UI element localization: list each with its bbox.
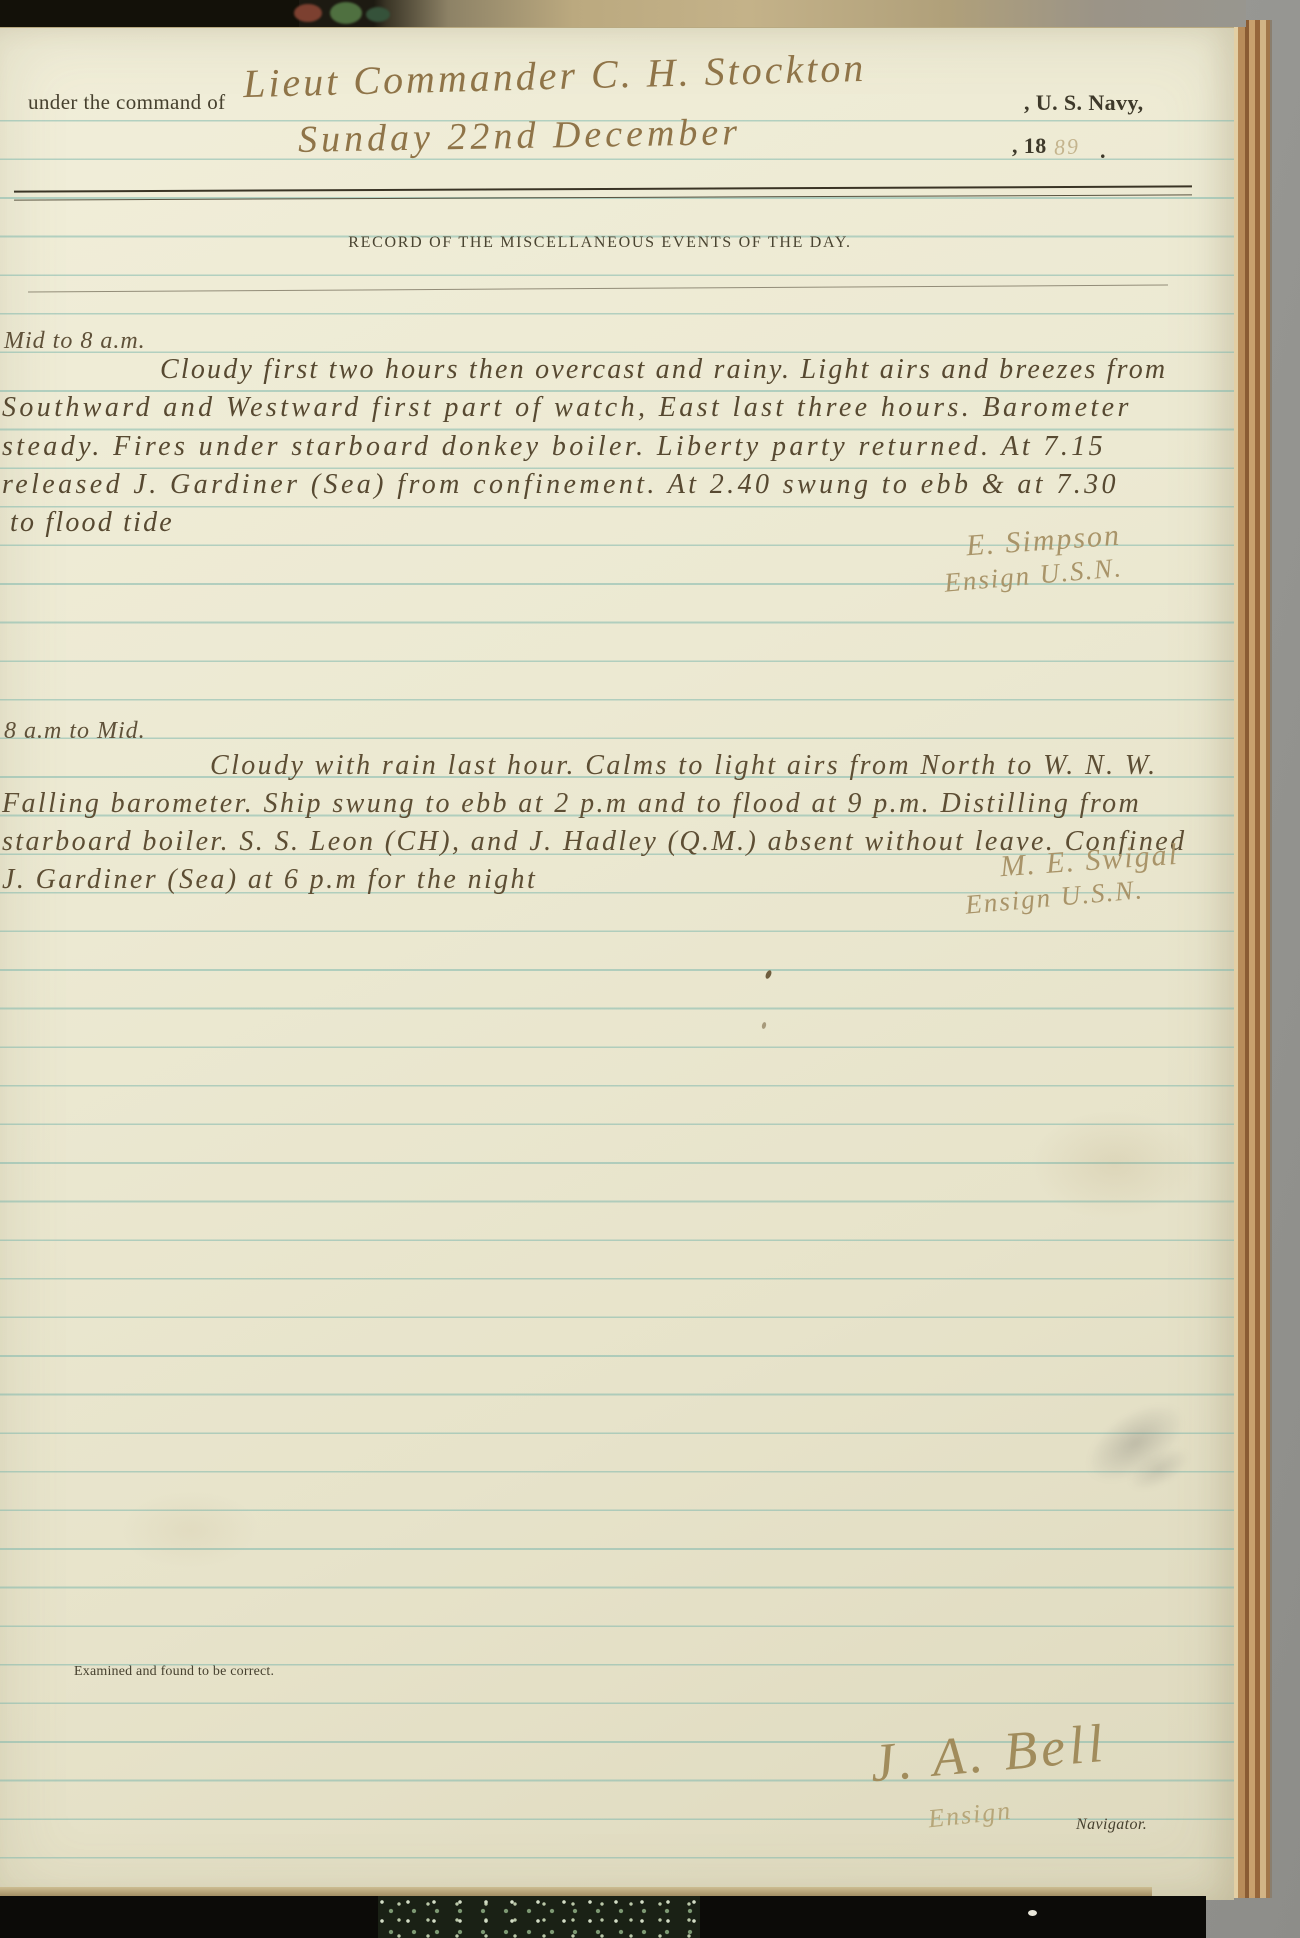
bottom-binding [0, 1896, 1206, 1938]
paper-speck [1028, 1910, 1037, 1916]
log-line: Cloudy with rain last hour. Calms to lig… [210, 748, 1157, 784]
year-period: . [1100, 138, 1106, 164]
log-line: Falling barometer. Ship swung to ebb at … [2, 786, 1141, 822]
year-script: 89 [1053, 133, 1081, 161]
watch-label-mid-to-8am: Mid to 8 a.m. [4, 328, 146, 355]
marble-speckle-band [378, 1896, 700, 1938]
log-line: steady. Fires under starboard donkey boi… [2, 429, 1106, 465]
log-line: J. Gardiner (Sea) at 6 p.m for the night [2, 862, 537, 898]
log-line: released J. Gardiner (Sea) from confinem… [2, 467, 1119, 503]
year-prefix-label: , 18 [1012, 133, 1047, 159]
paper [0, 26, 1234, 1900]
watch-label-8am-to-mid: 8 a.m to Mid. [4, 718, 146, 745]
log-line: to flood tide [10, 505, 174, 541]
examined-label: Examined and found to be correct. [74, 1664, 274, 1680]
age-spot [120, 1490, 260, 1570]
marble-blob-green [330, 2, 362, 24]
marble-blob-red [294, 4, 322, 22]
navy-label: , U. S. Navy, [1024, 90, 1144, 116]
top-binding [0, 0, 1246, 27]
age-spot [1030, 1110, 1200, 1220]
logbook-page-photo: under the command of Lieut Commander C. … [0, 0, 1300, 1938]
section-title: RECORD OF THE MISCELLANEOUS EVENTS OF TH… [0, 234, 1200, 252]
navigator-label: Navigator. [1076, 1816, 1147, 1834]
log-line: Cloudy first two hours then overcast and… [160, 352, 1167, 388]
log-line: Southward and Westward first part of wat… [2, 390, 1132, 426]
command-prefix-label: under the command of [28, 90, 226, 115]
date-script: Sunday 22nd December [298, 110, 742, 162]
page-edge-stack [1234, 20, 1272, 1898]
marble-blob-green-2 [366, 7, 390, 22]
